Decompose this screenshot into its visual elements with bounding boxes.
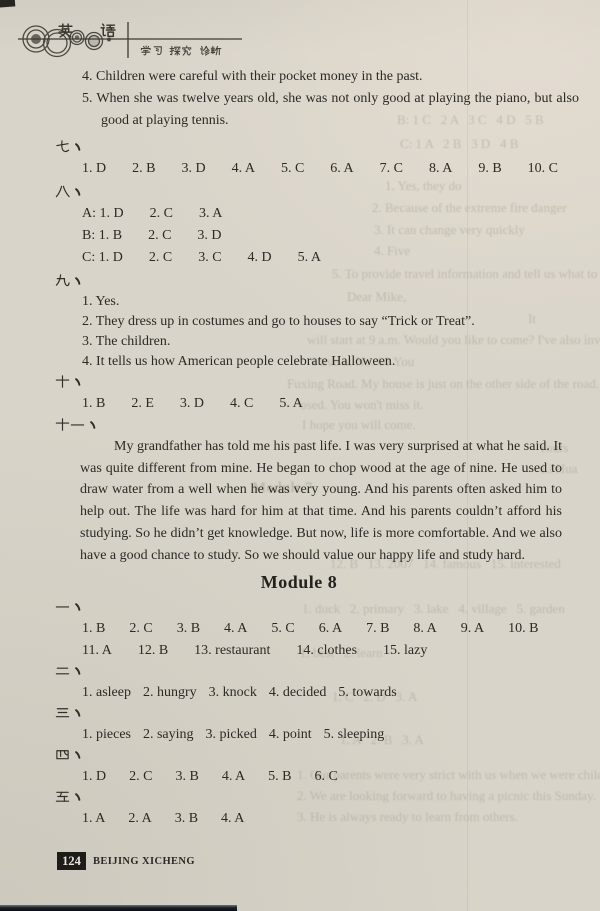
section-marker-1 (55, 598, 565, 618)
answer-item: 5. B (268, 766, 291, 788)
answer-item: 5. sleeping (324, 724, 385, 746)
answer-item: 3. picked (206, 724, 257, 746)
answer-item: 5. A (298, 247, 321, 269)
section-marker-2 (55, 662, 565, 682)
answer-item: 3. D (181, 158, 205, 180)
carryover-item-4: 4. Children were careful with their pock… (82, 66, 579, 88)
answer-row-b: B: 1. B2. C3. D (82, 225, 565, 247)
answer-item: 13. restaurant (194, 640, 270, 662)
answer-item: 5. C (271, 618, 294, 640)
answer-item: 5. C (281, 158, 304, 180)
answer-item: 6. A (319, 618, 342, 640)
answer-item: 8. A (429, 158, 452, 180)
answer-line: 1. Yes. (82, 292, 565, 312)
answer-row: 1. A2. A3. B4. A (82, 808, 565, 830)
answer-row: 11. A12. B13. restaurant14. clothes15. l… (82, 640, 565, 662)
section-marker-7 (55, 138, 565, 158)
section-marker-5 (55, 788, 565, 808)
answer-item: 4. A (221, 808, 244, 830)
answer-item: 2. C (149, 247, 172, 269)
answer-item: 9. A (461, 618, 484, 640)
answer-item: 3. D (197, 225, 221, 247)
answer-item: 15. lazy (383, 640, 427, 662)
answer-item: 4. point (269, 724, 312, 746)
answer-item: 1. A (82, 808, 105, 830)
answer-item: 3. knock (209, 682, 257, 704)
section-marker-8 (55, 183, 565, 203)
answer-item: 4. decided (269, 682, 327, 704)
answer-item: 2. B (132, 158, 155, 180)
brand-title (57, 22, 116, 42)
answer-line: 3. The children. (82, 332, 565, 352)
scan-corner-mark (0, 0, 15, 8)
answer-line: 2. They dress up in costumes and go to h… (82, 312, 565, 332)
answer-item: 1. D (82, 158, 106, 180)
answer-row: 1. D2. B3. D4. A5. C6. A7. C8. A9. B10. … (82, 158, 565, 180)
answer-item: 8. A (413, 618, 436, 640)
answer-item: 9. B (478, 158, 501, 180)
answer-row: 1. asleep2. hungry3. knock4. decided5. t… (82, 682, 565, 704)
answer-item: 11. A (82, 640, 112, 662)
answer-item: 2. A (128, 808, 151, 830)
publisher-label: BEIJING XICHENG (93, 856, 195, 867)
answer-item: 2. C (148, 225, 171, 247)
answer-item: 2. hungry (143, 682, 197, 704)
carryover-item-5: 5. When she was twelve years old, she wa… (82, 88, 579, 132)
composition-paragraph: My grandfather has told me his past life… (80, 436, 562, 566)
answer-row: 1. B2. C3. B4. A5. C6. A7. B8. A9. A10. … (82, 618, 565, 640)
answer-item: 1. B (82, 393, 105, 415)
answer-item: 1. asleep (82, 682, 131, 704)
answer-item: 12. B (138, 640, 168, 662)
page-number-badge: 124 (57, 852, 86, 870)
answer-row-a: A: 1. D2. C3. A (82, 203, 565, 225)
answer-item: 3. B (175, 766, 198, 788)
answer-item: 1. D (82, 766, 106, 788)
answer-row: 1. pieces2. saying3. picked4. point5. sl… (82, 724, 565, 746)
answer-item: 3. B (177, 618, 200, 640)
answer-item: 4. A (232, 158, 255, 180)
answer-item: 4. A (222, 766, 245, 788)
answer-item: 6. A (330, 158, 353, 180)
section-marker-3 (55, 704, 565, 724)
answer-item: 3. A (199, 203, 222, 225)
answer-item: 3. B (175, 808, 198, 830)
answer-item: 1. B (82, 618, 105, 640)
answer-item: 2. C (129, 766, 152, 788)
answer-item: 10. C (528, 158, 558, 180)
answer-item: C: 1. D (82, 247, 123, 269)
answer-item: 10. B (508, 618, 538, 640)
answer-item: 3. D (180, 393, 204, 415)
answer-item: 4. C (230, 393, 253, 415)
answer-item: 6. C (315, 766, 338, 788)
answer-row: 1. D2. C3. B4. A5. B6. C (82, 766, 565, 788)
answers-content: 4. Children were careful with their pock… (35, 66, 565, 830)
answer-item: B: 1. B (82, 225, 122, 247)
answer-item: A: 1. D (82, 203, 124, 225)
answer-item: 14. clothes (296, 640, 357, 662)
answer-item: 7. C (380, 158, 403, 180)
section-marker-9 (55, 272, 565, 292)
answer-row-c: C: 1. D2. C3. C4. D5. A (82, 247, 565, 269)
answer-line: 4. It tells us how American people celeb… (82, 352, 565, 372)
section-marker-11 (55, 416, 565, 436)
answer-item: 4. D (248, 247, 272, 269)
page-footer: 124 BEIJING XICHENG (57, 852, 195, 870)
brand-subtitle (140, 45, 222, 58)
answer-item: 2. saying (143, 724, 194, 746)
answer-item: 3. C (198, 247, 221, 269)
answer-item: 2. E (131, 393, 154, 415)
answer-item: 2. C (150, 203, 173, 225)
scan-edge-strip (0, 905, 237, 911)
answer-item: 1. pieces (82, 724, 131, 746)
workbook-page: B: 1 C 2 A 3 C 4 D 5 BC: 1 A 2 B 3 D 4 B… (0, 0, 600, 911)
section-marker-10 (55, 373, 565, 393)
module-8-heading: Module 8 (35, 569, 563, 595)
answer-item: 5. towards (338, 682, 396, 704)
answer-item: 2. C (129, 618, 152, 640)
answer-item: 7. B (366, 618, 389, 640)
answer-row: 1. B2. E3. D4. C5. A (82, 393, 565, 415)
answer-item: 4. A (224, 618, 247, 640)
section-marker-4 (55, 746, 565, 766)
answer-item: 5. A (279, 393, 302, 415)
